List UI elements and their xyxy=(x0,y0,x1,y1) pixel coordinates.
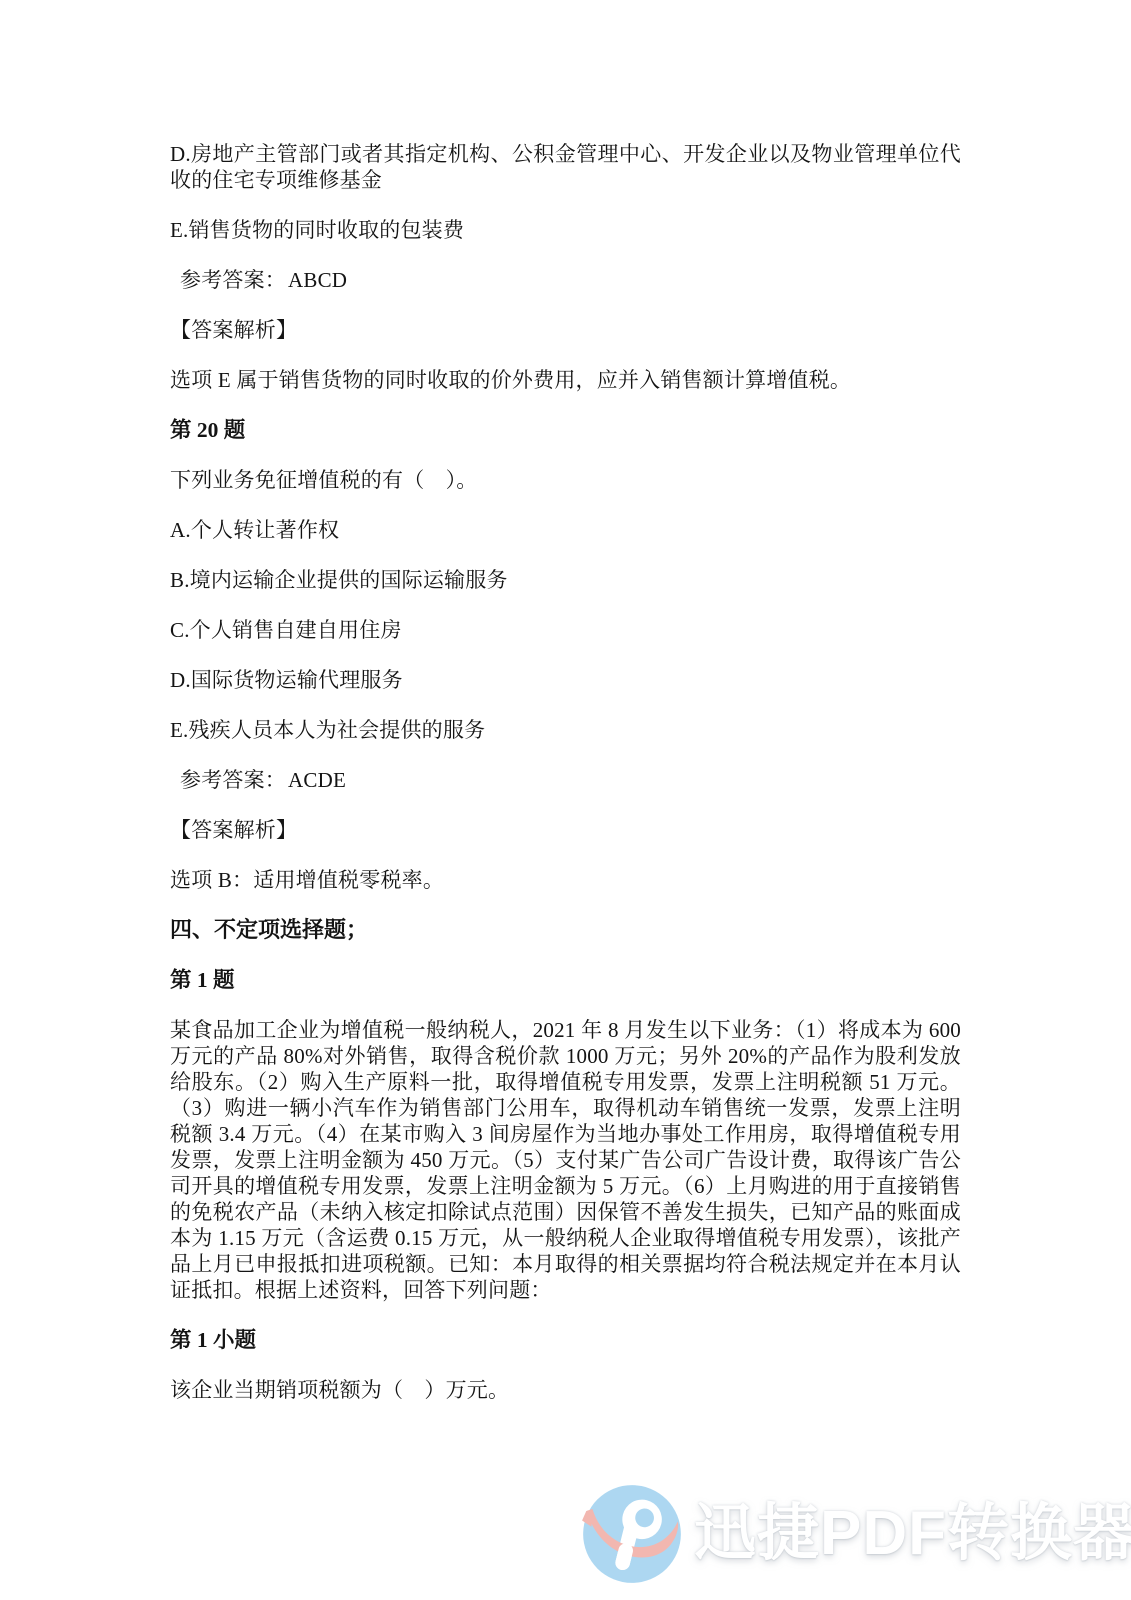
pdf-converter-watermark-text: 迅捷PDF转换器 xyxy=(694,1503,1131,1565)
question-20-option-a: A.个人转让著作权 xyxy=(170,517,961,543)
pdf-converter-watermark: 迅捷PDF转换器 xyxy=(580,1478,1131,1590)
reference-answer-label: 参考答案： xyxy=(180,768,286,792)
question-20-stem: 下列业务免征增值税的有（ ）。 xyxy=(170,467,961,493)
question-20-option-e: E.残疾人员本人为社会提供的服务 xyxy=(170,717,961,743)
sub-question-1-stem: 该企业当期销项税额为（ ）万元。 xyxy=(170,1377,961,1403)
question-20-analysis-text: 选项 B：适用增值税零税率。 xyxy=(170,867,961,893)
question-1-body: 某食品加工企业为增值税一般纳税人，2021 年 8 月发生以下业务：（1）将成本… xyxy=(170,1017,961,1303)
prev-question-option-e: E.销售货物的同时收取的包装费 xyxy=(170,217,961,243)
prev-question-analysis-text: 选项 E 属于销售货物的同时收取的价外费用，应并入销售额计算增值税。 xyxy=(170,367,961,393)
reference-answer-value: ABCD xyxy=(286,268,347,292)
question-20-analysis-header: 【答案解析】 xyxy=(170,817,961,843)
prev-question-reference-answer: 参考答案：ABCD xyxy=(170,267,961,293)
question-20-option-b: B.境内运输企业提供的国际运输服务 xyxy=(170,567,961,593)
prev-question-analysis-header: 【答案解析】 xyxy=(170,317,961,343)
document-page: D.房地产主管部门或者其指定机构、公积金管理中心、开发企业以及物业管理单位代收的… xyxy=(170,141,961,1427)
reference-answer-value: ACDE xyxy=(286,768,346,792)
question-1-title: 第 1 题 xyxy=(170,967,961,993)
sub-question-1-title: 第 1 小题 xyxy=(170,1327,961,1353)
question-20-option-d: D.国际货物运输代理服务 xyxy=(170,667,961,693)
prev-question-option-d: D.房地产主管部门或者其指定机构、公积金管理中心、开发企业以及物业管理单位代收的… xyxy=(170,141,961,193)
reference-answer-label: 参考答案： xyxy=(180,268,286,292)
question-20-title: 第 20 题 xyxy=(170,417,961,443)
question-20-reference-answer: 参考答案：ACDE xyxy=(170,767,961,793)
pdf-converter-logo-icon xyxy=(580,1482,684,1586)
question-20-option-c: C.个人销售自建自用住房 xyxy=(170,617,961,643)
section-heading-multi-choice: 四、不定项选择题； xyxy=(170,917,961,943)
